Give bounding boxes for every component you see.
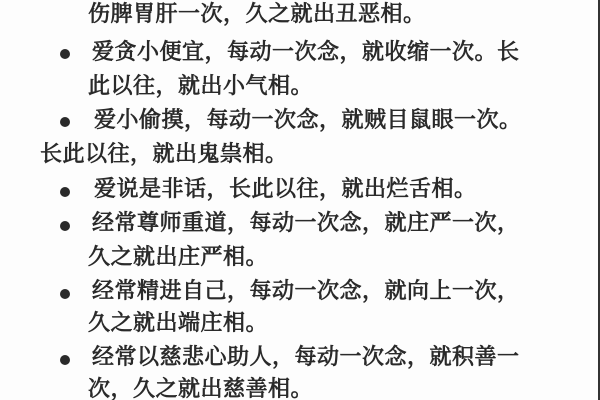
bullet-icon <box>60 221 70 231</box>
list-item-text: 经常精进自己，每动一次念，就向上一次， <box>92 279 520 305</box>
text-line: 次，久之就出慈善相。 <box>88 377 313 400</box>
bullet-icon <box>60 289 70 299</box>
text-line: 久之就出端庄相。 <box>88 311 268 337</box>
bullet-icon <box>60 355 70 365</box>
list-item-text: 经常以慈悲心助人，每动一次念，就积善一 <box>92 345 520 371</box>
list-item-text: 爱说是非话，长此以往，就出烂舌相。 <box>94 177 477 203</box>
document-page: 伤脾胃肝一次，久之就出丑恶相。 爱贪小便宜，每动一次念，就收缩一次。长 此以往，… <box>0 0 598 400</box>
text-line: 久之就出庄严相。 <box>88 245 268 271</box>
bullet-icon <box>60 49 70 59</box>
list-item-text: 经常尊师重道，每动一次念，就庄严一次， <box>92 211 520 237</box>
list-item-text: 爱小偷摸，每动一次念，就贼目鼠眼一次。 <box>94 108 522 134</box>
text-line: 伤脾胃肝一次，久之就出丑恶相。 <box>88 2 426 28</box>
bullet-icon <box>60 117 70 127</box>
list-item-text: 爱贪小便宜，每动一次念，就收缩一次。长 <box>92 40 520 66</box>
bullet-icon <box>60 187 70 197</box>
text-line: 此以往，就出小气相。 <box>88 74 313 100</box>
text-line: 长此以往，就出鬼祟相。 <box>40 142 288 168</box>
